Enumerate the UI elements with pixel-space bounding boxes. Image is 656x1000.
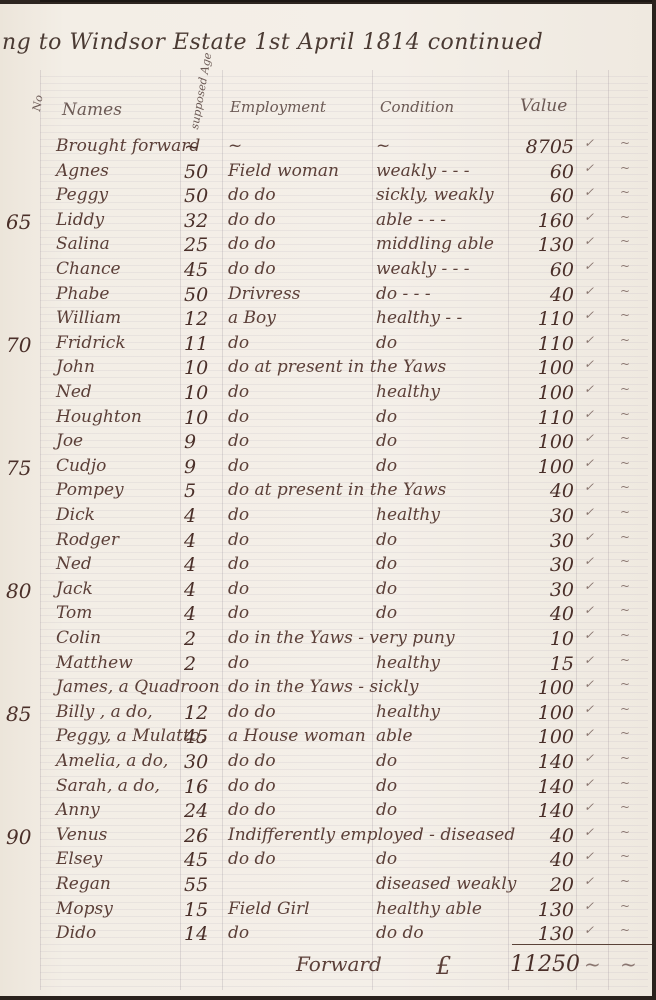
age: 2 (184, 653, 214, 675)
value: 100 (510, 702, 574, 724)
age: 4 (184, 530, 214, 552)
value: 130 (510, 899, 574, 921)
tick-mark: ✓ (584, 530, 594, 544)
tick-mark: ~ (620, 530, 630, 544)
row-number: 80 (6, 579, 31, 603)
employment: do do (228, 800, 276, 820)
value: 15 (510, 653, 574, 675)
age: ~ (184, 136, 214, 158)
tick-mark: ✓ (584, 653, 594, 667)
employment: do at present in the Yaws (228, 480, 446, 500)
person-name: Regan (56, 874, 111, 894)
condition: middling able (376, 234, 494, 254)
age: 5 (184, 480, 214, 502)
value: 140 (510, 751, 574, 773)
person-name: Dido (56, 923, 96, 943)
tick-mark: ~ (620, 849, 630, 863)
employment: do (228, 530, 249, 550)
condition: do - - - (376, 284, 431, 304)
person-name: Amelia, a do, (56, 751, 168, 771)
forward-label: Forward (296, 952, 382, 976)
person-name: Anny (56, 800, 100, 820)
header-no: No (30, 94, 46, 112)
person-name: Venus (56, 825, 107, 845)
value: 130 (510, 923, 574, 945)
condition: healthy (376, 702, 440, 722)
employment: do (228, 407, 249, 427)
tick-mark: ✓ (584, 726, 594, 740)
tick-mark: ✓ (584, 284, 594, 298)
tick-mark: ✓ (584, 308, 594, 322)
age: 9 (184, 456, 214, 478)
value: 110 (510, 407, 574, 429)
condition: do (376, 579, 397, 599)
tick-mark: ✓ (584, 628, 594, 642)
value: 8705 (510, 136, 574, 158)
tick-mark: ✓ (584, 210, 594, 224)
tick-mark: ✓ (584, 185, 594, 199)
tick-mark: ✓ (584, 333, 594, 347)
employment: do do (228, 234, 276, 254)
employment: ~ (228, 136, 242, 156)
header-employment: Employment (230, 98, 326, 116)
page-edge-top-shadow (40, 0, 656, 2)
total-rule (512, 944, 652, 945)
person-name: Dick (56, 505, 95, 525)
age: 26 (184, 825, 214, 847)
person-name: Joe (56, 431, 83, 451)
employment: a Boy (228, 308, 276, 328)
tick-mark: ~ (620, 751, 630, 765)
person-name: James, a Quadroon (56, 677, 220, 697)
condition: ~ (376, 136, 390, 156)
person-name: Brought forward (56, 136, 200, 156)
age: 9 (184, 431, 214, 453)
person-name: William (56, 308, 121, 328)
tick-mark: ~ (620, 874, 630, 888)
person-name: Pompey (56, 480, 124, 500)
employment: Drivress (228, 284, 300, 304)
condition: healthy (376, 382, 440, 402)
person-name: Tom (56, 603, 92, 623)
header-value: Value (520, 96, 567, 116)
condition: healthy able (376, 899, 482, 919)
tick-mark: ✓ (584, 603, 594, 617)
tick-mark: ✓ (584, 923, 594, 937)
tick-mark: ~ (620, 308, 630, 322)
value: 100 (510, 726, 574, 748)
row-number: 90 (6, 825, 31, 849)
tick-mark: ✓ (584, 259, 594, 273)
condition: do (376, 800, 397, 820)
tick-mark: ✓ (584, 382, 594, 396)
age: 4 (184, 579, 214, 601)
tick-mark: ~ (620, 234, 630, 248)
value: 30 (510, 579, 574, 601)
condition: do do (376, 923, 424, 943)
value: 30 (510, 554, 574, 576)
age: 50 (184, 284, 214, 306)
tick-mark: ✓ (584, 136, 594, 150)
value: 40 (510, 825, 574, 847)
employment: Field woman (228, 161, 339, 181)
age: 4 (184, 554, 214, 576)
tick-mark: ✓ (584, 357, 594, 371)
person-name: Cudjo (56, 456, 106, 476)
person-name: John (56, 357, 95, 377)
person-name: Peggy (56, 185, 108, 205)
condition: do (376, 407, 397, 427)
condition: healthy (376, 653, 440, 673)
person-name: Matthew (56, 653, 133, 673)
age: 16 (184, 776, 214, 798)
person-name: Rodger (56, 530, 119, 550)
employment: do (228, 456, 249, 476)
tick-mark: ✓ (584, 407, 594, 421)
value: 40 (510, 603, 574, 625)
employment: do (228, 333, 249, 353)
person-name: Colin (56, 628, 101, 648)
tick-mark: ~ (620, 952, 637, 976)
person-name: Agnes (56, 161, 109, 181)
age: 24 (184, 800, 214, 822)
value: 100 (510, 357, 574, 379)
person-name: Mopsy (56, 899, 113, 919)
tick-mark: ~ (620, 284, 630, 298)
tick-mark: ✓ (584, 161, 594, 175)
age: 4 (184, 505, 214, 527)
person-name: Ned (56, 382, 92, 402)
tick-mark: ✓ (584, 579, 594, 593)
person-name: Fridrick (56, 333, 126, 353)
condition: sickly, weakly (376, 185, 494, 205)
age: 45 (184, 259, 214, 281)
tick-mark: ~ (620, 456, 630, 470)
tick-mark: ~ (620, 185, 630, 199)
employment: do do (228, 776, 276, 796)
condition: do (376, 554, 397, 574)
header-condition: Condition (380, 98, 454, 116)
tick-mark: ~ (620, 702, 630, 716)
tick-mark: ~ (620, 382, 630, 396)
value: 130 (510, 234, 574, 256)
age: 45 (184, 849, 214, 871)
condition: do (376, 431, 397, 451)
condition: do (376, 776, 397, 796)
value: 30 (510, 530, 574, 552)
tick-mark: ~ (584, 952, 601, 976)
value: 100 (510, 456, 574, 478)
tick-mark: ~ (620, 579, 630, 593)
pound-sign: £ (436, 952, 451, 980)
tick-mark: ✓ (584, 776, 594, 790)
age: 55 (184, 874, 214, 896)
tick-mark: ✓ (584, 456, 594, 470)
employment: do (228, 923, 249, 943)
tick-mark: ~ (620, 210, 630, 224)
person-name: Elsey (56, 849, 102, 869)
employment: do do (228, 185, 276, 205)
tick-mark: ~ (620, 776, 630, 790)
value: 140 (510, 776, 574, 798)
tick-mark: ✓ (584, 677, 594, 691)
condition: healthy - - (376, 308, 462, 328)
employment: do (228, 382, 249, 402)
value: 60 (510, 161, 574, 183)
row-number: 85 (6, 702, 31, 726)
tick-mark: ✓ (584, 800, 594, 814)
row-number: 65 (6, 210, 31, 234)
value: 110 (510, 333, 574, 355)
value: 160 (510, 210, 574, 232)
value: 40 (510, 849, 574, 871)
value: 40 (510, 284, 574, 306)
employment: do (228, 579, 249, 599)
person-name: Jack (56, 579, 93, 599)
tick-mark: ✓ (584, 899, 594, 913)
condition: weakly - - - (376, 161, 470, 181)
tick-mark: ✓ (584, 825, 594, 839)
person-name: Sarah, a do, (56, 776, 160, 796)
tick-mark: ✓ (584, 751, 594, 765)
value: 100 (510, 431, 574, 453)
condition: do (376, 456, 397, 476)
tick-mark: ~ (620, 505, 630, 519)
person-name: Ned (56, 554, 92, 574)
employment: do (228, 431, 249, 451)
employment: do in the Yaws - very puny (228, 628, 455, 648)
condition: able (376, 726, 413, 746)
age: 25 (184, 234, 214, 256)
person-name: Salina (56, 234, 110, 254)
employment: do do (228, 259, 276, 279)
age: 30 (184, 751, 214, 773)
age: 15 (184, 899, 214, 921)
employment: do (228, 653, 249, 673)
age: 12 (184, 308, 214, 330)
age: 45 (184, 726, 214, 748)
tick-mark: ~ (620, 480, 630, 494)
tick-mark: ~ (620, 726, 630, 740)
tick-mark: ~ (620, 259, 630, 273)
person-name: Chance (56, 259, 121, 279)
value: 100 (510, 677, 574, 699)
tick-mark: ~ (620, 628, 630, 642)
employment: Field Girl (228, 899, 310, 919)
employment: do do (228, 210, 276, 230)
age: 10 (184, 407, 214, 429)
tick-mark: ~ (620, 653, 630, 667)
row-number: 70 (6, 333, 31, 357)
page-title: ng to Windsor Estate 1st April 1814 cont… (2, 30, 543, 55)
age: 50 (184, 161, 214, 183)
employment: do (228, 554, 249, 574)
tick-mark: ✓ (584, 431, 594, 445)
condition: diseased weakly (376, 874, 516, 894)
header-names: Names (62, 100, 122, 120)
tick-mark: ✓ (584, 480, 594, 494)
tick-mark: ~ (620, 136, 630, 150)
value: 10 (510, 628, 574, 650)
employment: do at present in the Yaws (228, 357, 446, 377)
condition: weakly - - - (376, 259, 470, 279)
person-name: Liddy (56, 210, 104, 230)
value: 60 (510, 259, 574, 281)
employment: do do (228, 702, 276, 722)
value: 140 (510, 800, 574, 822)
employment: do do (228, 849, 276, 869)
tick-mark: ~ (620, 603, 630, 617)
condition: do (376, 603, 397, 623)
tick-mark: ~ (620, 161, 630, 175)
employment: do in the Yaws - sickly (228, 677, 418, 697)
tick-mark: ✓ (584, 874, 594, 888)
row-number: 75 (6, 456, 31, 480)
age: 10 (184, 382, 214, 404)
tick-mark: ~ (620, 899, 630, 913)
employment: do (228, 603, 249, 623)
age: 12 (184, 702, 214, 724)
condition: able - - - (376, 210, 446, 230)
value: 20 (510, 874, 574, 896)
age: 2 (184, 628, 214, 650)
tick-mark: ✓ (584, 505, 594, 519)
age: 10 (184, 357, 214, 379)
condition: do (376, 849, 397, 869)
table-row: Dido14dodo do130✓~ (0, 923, 656, 953)
tick-mark: ~ (620, 333, 630, 347)
employment: do do (228, 751, 276, 771)
age: 32 (184, 210, 214, 232)
tick-mark: ~ (620, 800, 630, 814)
tick-mark: ~ (620, 431, 630, 445)
employment: do (228, 505, 249, 525)
tick-mark: ~ (620, 923, 630, 937)
age: 50 (184, 185, 214, 207)
condition: do (376, 333, 397, 353)
age: 14 (184, 923, 214, 945)
forward-total: 11250 (510, 952, 574, 977)
age: 4 (184, 603, 214, 625)
condition: do (376, 530, 397, 550)
value: 40 (510, 480, 574, 502)
tick-mark: ✓ (584, 554, 594, 568)
value: 110 (510, 308, 574, 330)
tick-mark: ~ (620, 677, 630, 691)
employment: a House woman (228, 726, 366, 746)
value: 100 (510, 382, 574, 404)
tick-mark: ~ (620, 407, 630, 421)
tick-mark: ✓ (584, 702, 594, 716)
forward-row: Forward £ 11250 ~ ~ (0, 952, 656, 982)
tick-mark: ~ (620, 554, 630, 568)
person-name: Houghton (56, 407, 142, 427)
tick-mark: ~ (620, 357, 630, 371)
condition: healthy (376, 505, 440, 525)
age: 11 (184, 333, 214, 355)
employment: Indifferently employed - diseased (228, 825, 515, 845)
person-name: Billy , a do, (56, 702, 153, 722)
tick-mark: ✓ (584, 234, 594, 248)
value: 60 (510, 185, 574, 207)
page-edge-bottom (0, 996, 656, 1000)
tick-mark: ~ (620, 825, 630, 839)
person-name: Phabe (56, 284, 109, 304)
value: 30 (510, 505, 574, 527)
condition: do (376, 751, 397, 771)
tick-mark: ✓ (584, 849, 594, 863)
